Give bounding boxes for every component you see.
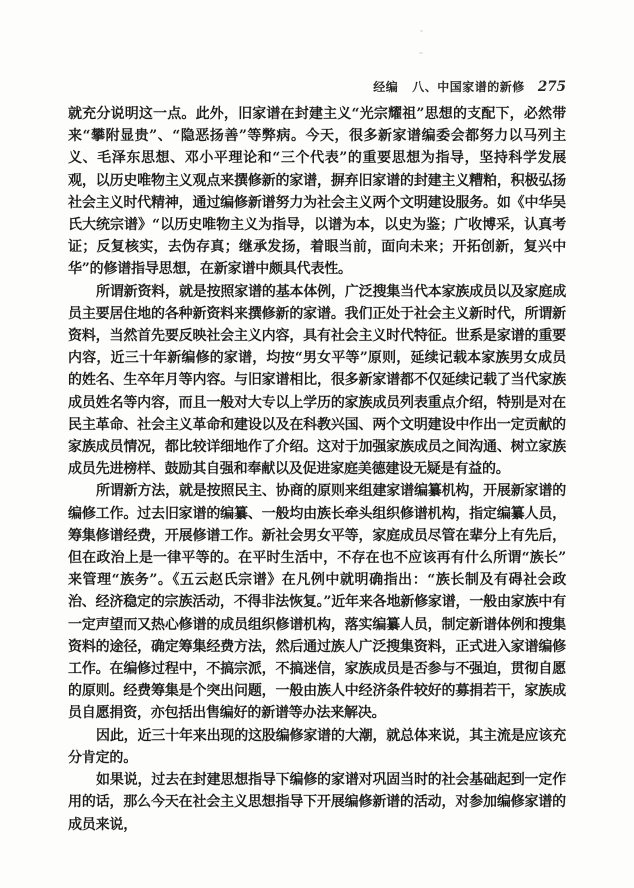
body-paragraph-4: 因此，近三十年来出现的这股编修家谱的大潮，就总体来说，其主流是应该充分肯定的。: [68, 725, 566, 769]
body-paragraph-3: 所谓新方法，就是按照民主、协商的原则来组建家谱编纂机构，开展新家谱的编修工作。过…: [68, 480, 566, 724]
running-header: 经编 八、中国家谱的新修 275: [373, 78, 566, 95]
scan-artifact: [420, 30, 423, 32]
body-paragraph-2: 所谓新资料，就是按照家谱的基本体例，广泛搜集当代本家族成员以及家庭成员主要居住地…: [68, 281, 566, 481]
scan-artifact: [419, 52, 423, 54]
page-number: 275: [538, 79, 566, 95]
running-header-chapter-title: 八、中国家谱的新修: [412, 78, 525, 95]
body-paragraph-1: 就充分说明这一点。此外，旧家谱在封建主义“光宗耀祖”思想的支配下，必然带来“攀附…: [68, 103, 566, 281]
body-paragraph-5: 如果说，过去在封建思想指导下编修的家谱对巩固当时的社会基础起到一定作用的话，那么…: [68, 769, 566, 836]
body-text: 就充分说明这一点。此外，旧家谱在封建主义“光宗耀祖”思想的支配下，必然带来“攀附…: [68, 103, 566, 836]
book-page: 经编 八、中国家谱的新修 275 就充分说明这一点。此外，旧家谱在封建主义“光宗…: [0, 0, 634, 888]
running-header-section: 经编: [373, 78, 398, 95]
